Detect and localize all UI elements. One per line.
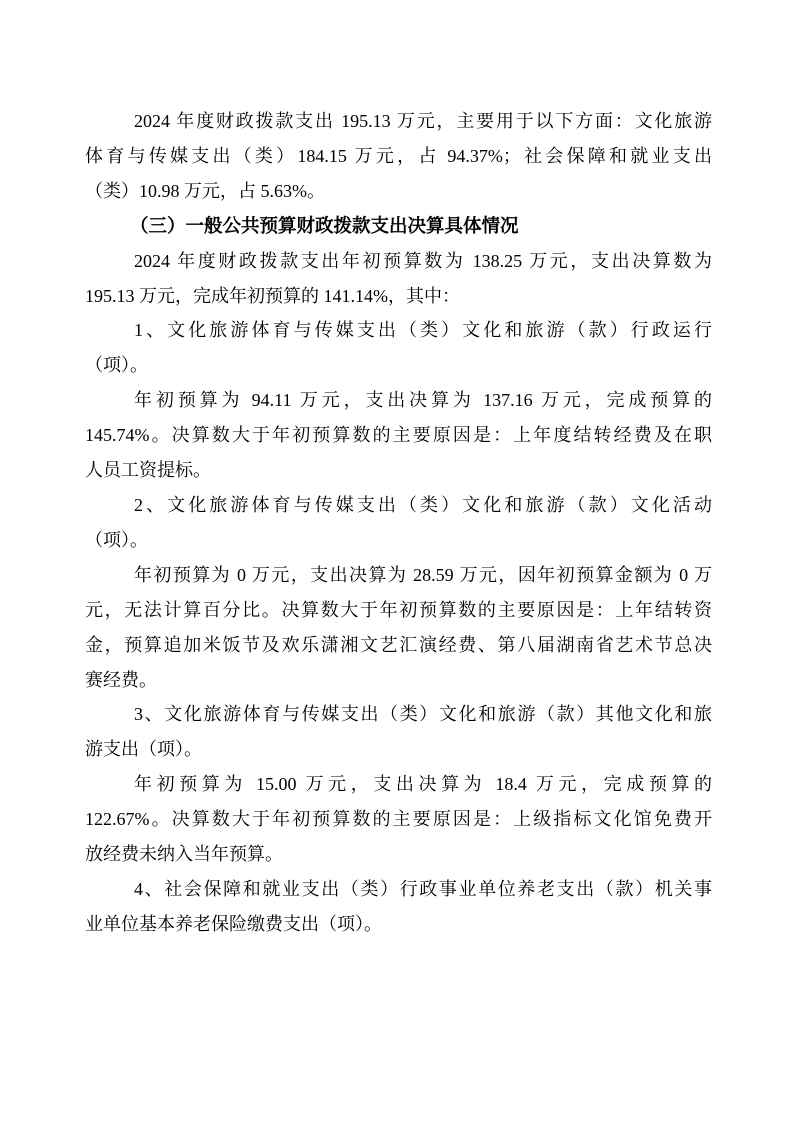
paragraph-line: 年初预算为 94.11 万元，支出决算为 137.16 万元，完成预算的 (85, 383, 712, 418)
paragraph-line: 2024 年度财政拨款支出年初预算数为 138.25 万元，支出决算数为 (85, 244, 712, 279)
paragraph-line: 年初预算为 0 万元，支出决算为 28.59 万元，因年初预算金额为 0 万 (85, 558, 712, 593)
paragraph-line: 元，无法计算百分比。决算数大于年初预算数的主要原因是：上年结转资 (85, 593, 712, 628)
paragraph-line: 人员工资提标。 (85, 453, 712, 488)
document-page: 2024 年度财政拨款支出 195.13 万元，主要用于以下方面：文化旅游体育与… (0, 0, 793, 1122)
paragraph-line: 业单位基本养老保险缴费支出（项）。 (85, 907, 712, 942)
paragraph-line: 2、文化旅游体育与传媒支出（类）文化和旅游（款）文化活动 (85, 488, 712, 523)
paragraph-line: （类）10.98 万元，占 5.63%。 (85, 174, 712, 209)
paragraph-line: （项）。 (85, 523, 712, 558)
paragraph-line: 1、文化旅游体育与传媒支出（类）文化和旅游（款）行政运行 (85, 313, 712, 348)
paragraph-line: 年初预算为 15.00 万元，支出决算为 18.4 万元，完成预算的 (85, 767, 712, 802)
paragraph-line: 2024 年度财政拨款支出 195.13 万元，主要用于以下方面：文化旅游 (85, 104, 712, 139)
paragraph-line: 4、社会保障和就业支出（类）行政事业单位养老支出（款）机关事 (85, 872, 712, 907)
paragraph-line: （项）。 (85, 348, 712, 383)
paragraph-line: 放经费未纳入当年预算。 (85, 837, 712, 872)
paragraph-line: 游支出（项）。 (85, 732, 712, 767)
document-body: 2024 年度财政拨款支出 195.13 万元，主要用于以下方面：文化旅游体育与… (85, 104, 712, 942)
paragraph-line: 145.74%。决算数大于年初预算数的主要原因是：上年度结转经费及在职 (85, 418, 712, 453)
paragraph-line: 金，预算追加米饭节及欢乐潇湘文艺汇演经费、第八届湖南省艺术节总决 (85, 628, 712, 663)
paragraph-line: 体育与传媒支出（类）184.15 万元，占 94.37%；社会保障和就业支出 (85, 139, 712, 174)
paragraph-line: 赛经费。 (85, 663, 712, 698)
paragraph-line: 122.67%。决算数大于年初预算数的主要原因是：上级指标文化馆免费开 (85, 802, 712, 837)
paragraph-line: 3、文化旅游体育与传媒支出（类）文化和旅游（款）其他文化和旅 (85, 697, 712, 732)
paragraph-line: 195.13 万元，完成年初预算的 141.14%，其中： (85, 279, 712, 314)
section-heading: （三）一般公共预算财政拨款支出决算具体情况 (85, 209, 712, 244)
